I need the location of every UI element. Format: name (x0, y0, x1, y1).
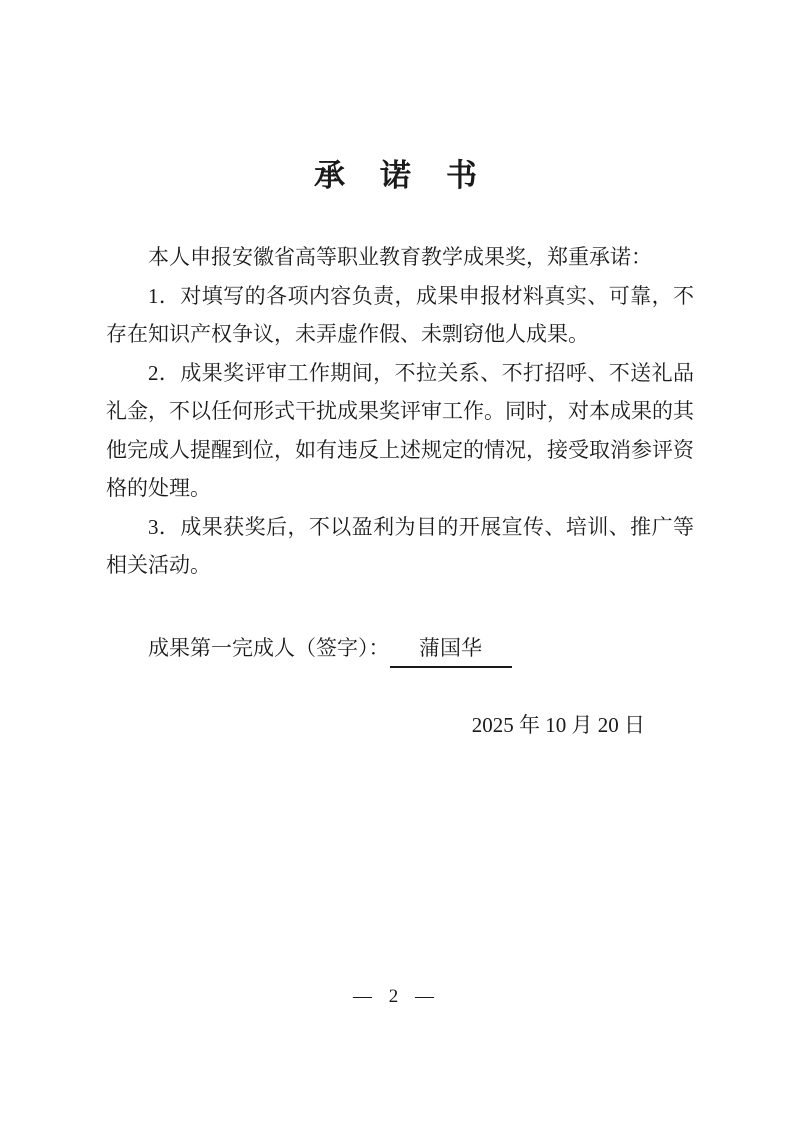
page-title: 承 诺 书 (0, 150, 793, 195)
signature-label: 成果第一完成人（签字）： (148, 636, 390, 660)
document-page: 承 诺 书 本人申报安徽省高等职业教育教学成果奖，郑重承诺： 1．对填写的各项内… (0, 0, 793, 1122)
signature-name: 蒲国华 (390, 631, 512, 668)
paragraph-pledge-3: 3．成果获奖后，不以盈利为目的开展宣传、培训、推广等相关活动。 (106, 508, 694, 585)
date-line: 2025 年 10 月 20 日 (472, 710, 645, 740)
paragraph-pledge-2: 2．成果奖评审工作期间，不拉关系、不打招呼、不送礼品礼金，不以任何形式干扰成果奖… (106, 354, 694, 508)
paragraph-intro: 本人申报安徽省高等职业教育教学成果奖，郑重承诺： (106, 238, 694, 277)
page-number: — 2 — (0, 986, 793, 1008)
document-body: 本人申报安徽省高等职业教育教学成果奖，郑重承诺： 1．对填写的各项内容负责，成果… (106, 238, 694, 585)
signature-row: 成果第一完成人（签字）：蒲国华 (106, 631, 694, 668)
paragraph-pledge-1: 1．对填写的各项内容负责，成果申报材料真实、可靠，不存在知识产权争议，未弄虚作假… (106, 277, 694, 354)
